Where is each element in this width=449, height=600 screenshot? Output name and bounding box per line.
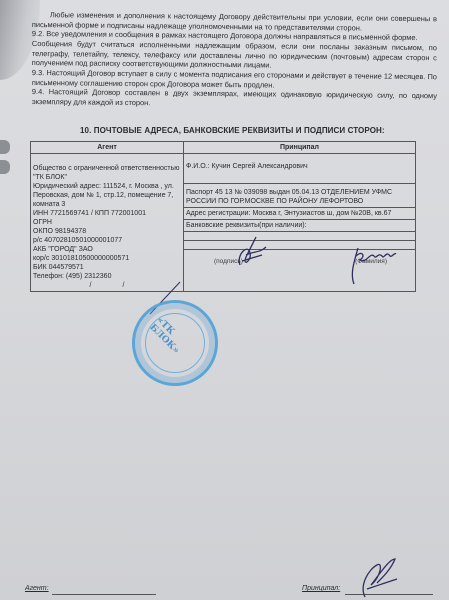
agent-bank: АКБ "ГОРОД" ЗАО: [33, 245, 181, 254]
agent-name: Общество с ограниченной ответственностью…: [33, 164, 181, 182]
footer-agent-label: Агент:: [25, 585, 49, 592]
principal-passport: Паспорт 45 13 № 039098 выдан 05.04.13 ОТ…: [184, 184, 415, 208]
footer-principal-signature-icon: [355, 555, 405, 600]
principal-surname-signature-icon: [340, 234, 400, 289]
agent-account: р/с 40702810501000001077: [33, 236, 181, 245]
company-stamp: «ТК БЛОК»: [132, 300, 218, 386]
principal-header: Принципал: [184, 142, 416, 154]
contract-text: Любые изменения и дополнения к настоящем…: [32, 10, 437, 106]
binder-hole: [0, 160, 10, 174]
agent-details: Общество с ограниченной ответственностью…: [31, 154, 184, 292]
section-title: 10. ПОЧТОВЫЕ АДРЕСА, БАНКОВСКИЕ РЕКВИЗИТ…: [80, 126, 385, 135]
agent-header: Агент: [31, 142, 184, 154]
agent-address: Юридический адрес: 111524, г. Москва , у…: [33, 182, 181, 209]
agent-corr-account: кор/с 30101810500000000571: [33, 254, 181, 263]
agent-inn-kpp: ИНН 7721569741 / КПП 772001001: [33, 209, 181, 218]
principal-registration: Адрес регистрации: Москва г, Энтузиастов…: [184, 208, 415, 220]
principal-fio: Ф.И.О.: Кучин Сергей Александрович: [184, 154, 415, 184]
footer-principal-label: Принципал:: [302, 585, 340, 592]
clause-9-4: 9.4. Настоящий Договор составлен в двух …: [32, 87, 437, 110]
agent-okpo: ОКПО 98194378: [33, 227, 181, 236]
stamp-text: «ТК БЛОК»: [133, 301, 218, 386]
principal-signature-icon: [232, 233, 272, 273]
binder-hole: [0, 140, 10, 154]
principal-bank-details: Банковские реквизиты(при наличии):: [184, 220, 415, 232]
agent-ogrn: ОГРН: [33, 218, 181, 227]
clause-9-2-notices: Сообщения будут считаться исполненными н…: [32, 39, 437, 72]
footer-agent-line: [52, 594, 156, 595]
agent-bik: БИК 044579571: [33, 263, 181, 272]
